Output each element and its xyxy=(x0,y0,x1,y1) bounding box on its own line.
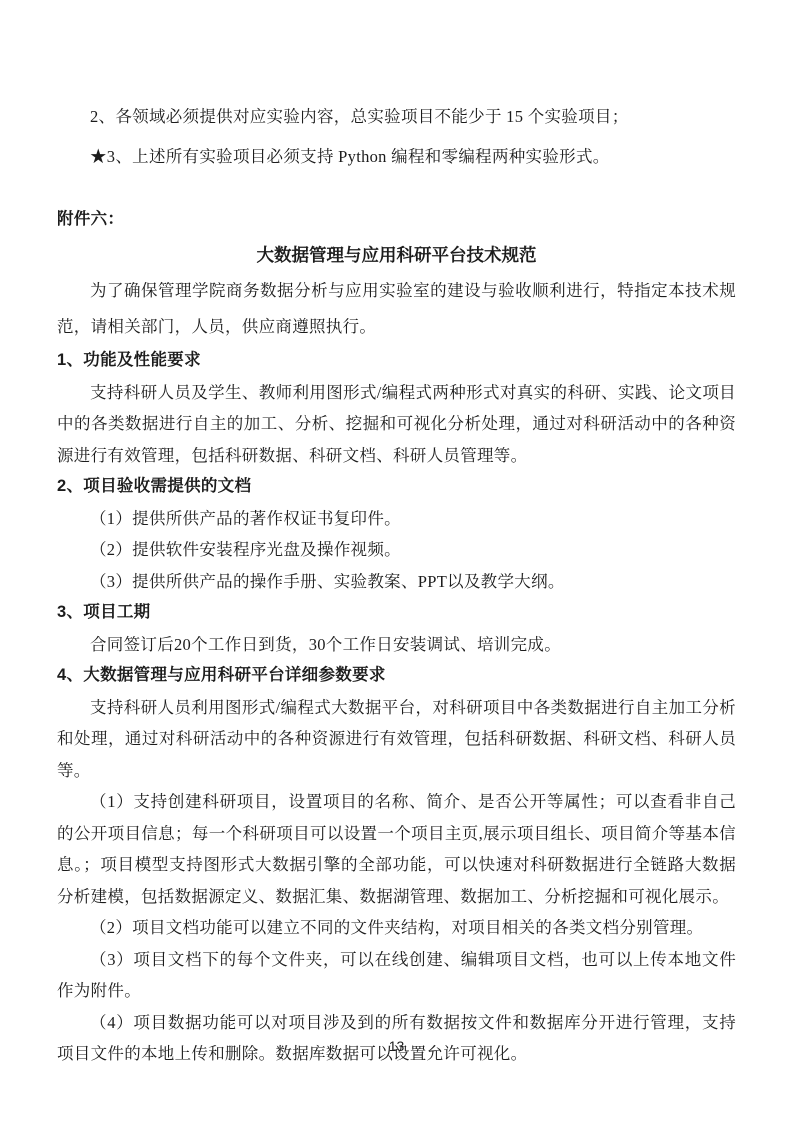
section-2-item-1: （1）提供所供产品的著作权证书复印件。 xyxy=(57,503,736,535)
page-number: 13 xyxy=(0,1038,793,1054)
section-2-item-2: （2）提供软件安装程序光盘及操作视频。 xyxy=(57,534,736,566)
section-1-paragraph: 支持科研人员及学生、教师利用图形式/编程式两种形式对真实的科研、实践、论文项目中… xyxy=(57,377,736,472)
document-title: 大数据管理与应用科研平台技术规范 xyxy=(57,237,736,273)
document-page: 2、各领域必须提供对应实验内容，总实验项目不能少于 15 个实验项目； ★3、上… xyxy=(0,0,793,1122)
preamble-item-3-starred: ★3、上述所有实验项目必须支持 Python 编程和零编程两种实验形式。 xyxy=(57,137,736,177)
section-4-item-2: （2）项目文档功能可以建立不同的文件夹结构，对项目相关的各类文档分别管理。 xyxy=(57,912,736,944)
attachment-label: 附件六： xyxy=(57,201,736,237)
preamble-item-2: 2、各领域必须提供对应实验内容，总实验项目不能少于 15 个实验项目； xyxy=(57,97,736,137)
section-3-paragraph: 合同签订后20个工作日到货，30个工作日安装调试、培训完成。 xyxy=(57,629,736,661)
document-content: 2、各领域必须提供对应实验内容，总实验项目不能少于 15 个实验项目； ★3、上… xyxy=(0,0,793,1070)
intro-paragraph: 为了确保管理学院商务数据分析与应用实验室的建设与验收顺利进行，特指定本技术规范，… xyxy=(57,273,736,345)
section-2-heading: 2、项目验收需提供的文档 xyxy=(57,471,736,503)
section-2-item-3: （3）提供所供产品的操作手册、实验教案、PPT以及教学大纲。 xyxy=(57,566,736,598)
section-4-intro-paragraph: 支持科研人员利用图形式/编程式大数据平台，对科研项目中各类数据进行自主加工分析和… xyxy=(57,692,736,787)
section-4-item-1: （1）支持创建科研项目，设置项目的名称、简介、是否公开等属性；可以查看非自己的公… xyxy=(57,786,736,912)
section-1-heading: 1、功能及性能要求 xyxy=(57,345,736,377)
section-4-heading: 4、大数据管理与应用科研平台详细参数要求 xyxy=(57,660,736,692)
section-3-heading: 3、项目工期 xyxy=(57,597,736,629)
section-4-item-3: （3）项目文档下的每个文件夹，可以在线创建、编辑项目文档，也可以上传本地文件作为… xyxy=(57,944,736,1007)
